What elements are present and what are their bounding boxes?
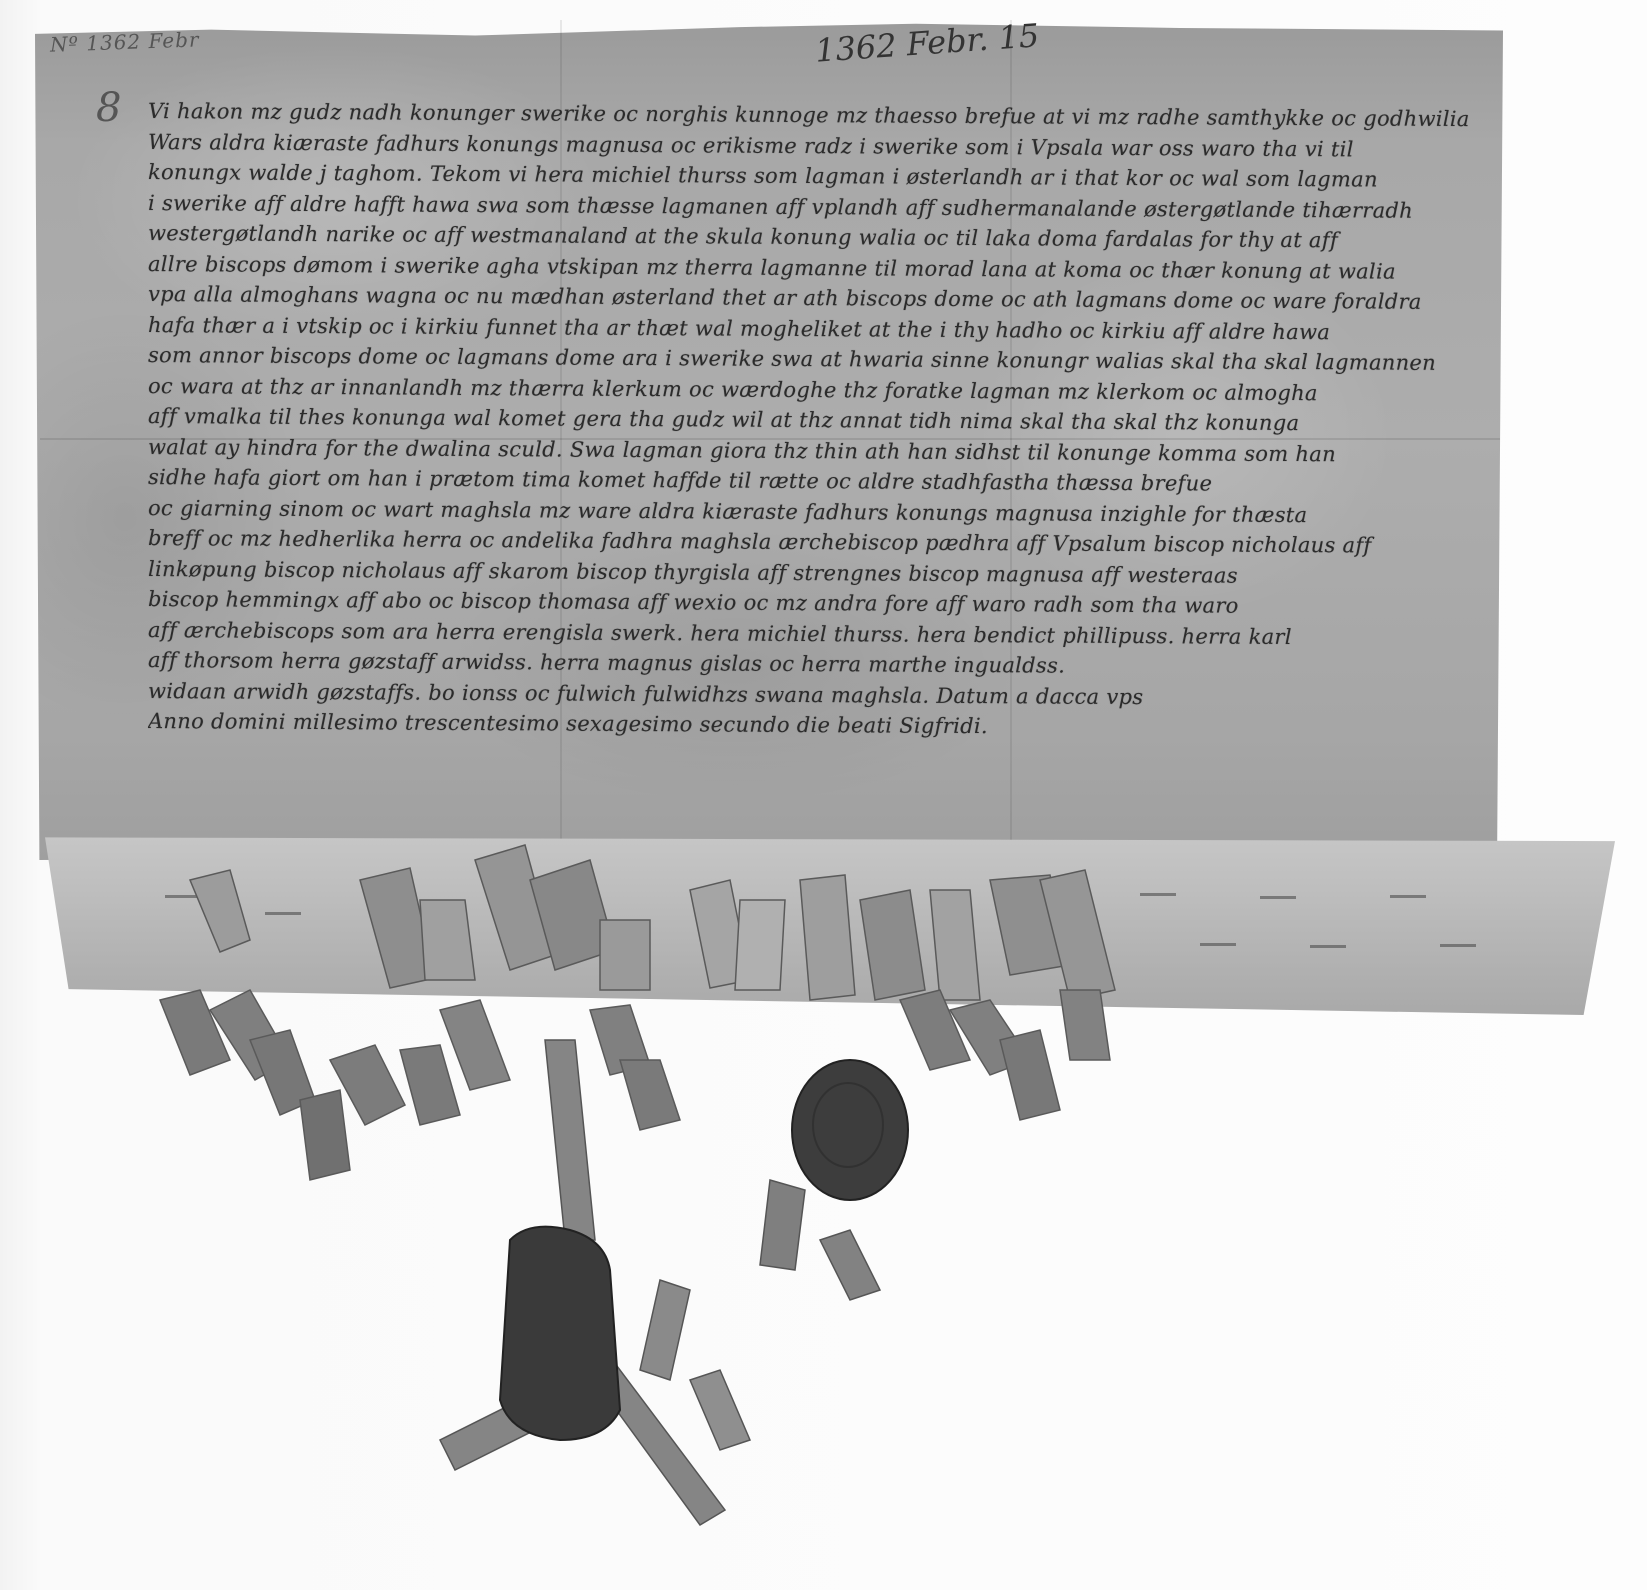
wax-seal-large <box>500 1227 620 1440</box>
wax-seal-round <box>792 1060 908 1200</box>
seal-ribbons <box>0 0 1647 1590</box>
ribbon-tags <box>160 845 1115 1180</box>
